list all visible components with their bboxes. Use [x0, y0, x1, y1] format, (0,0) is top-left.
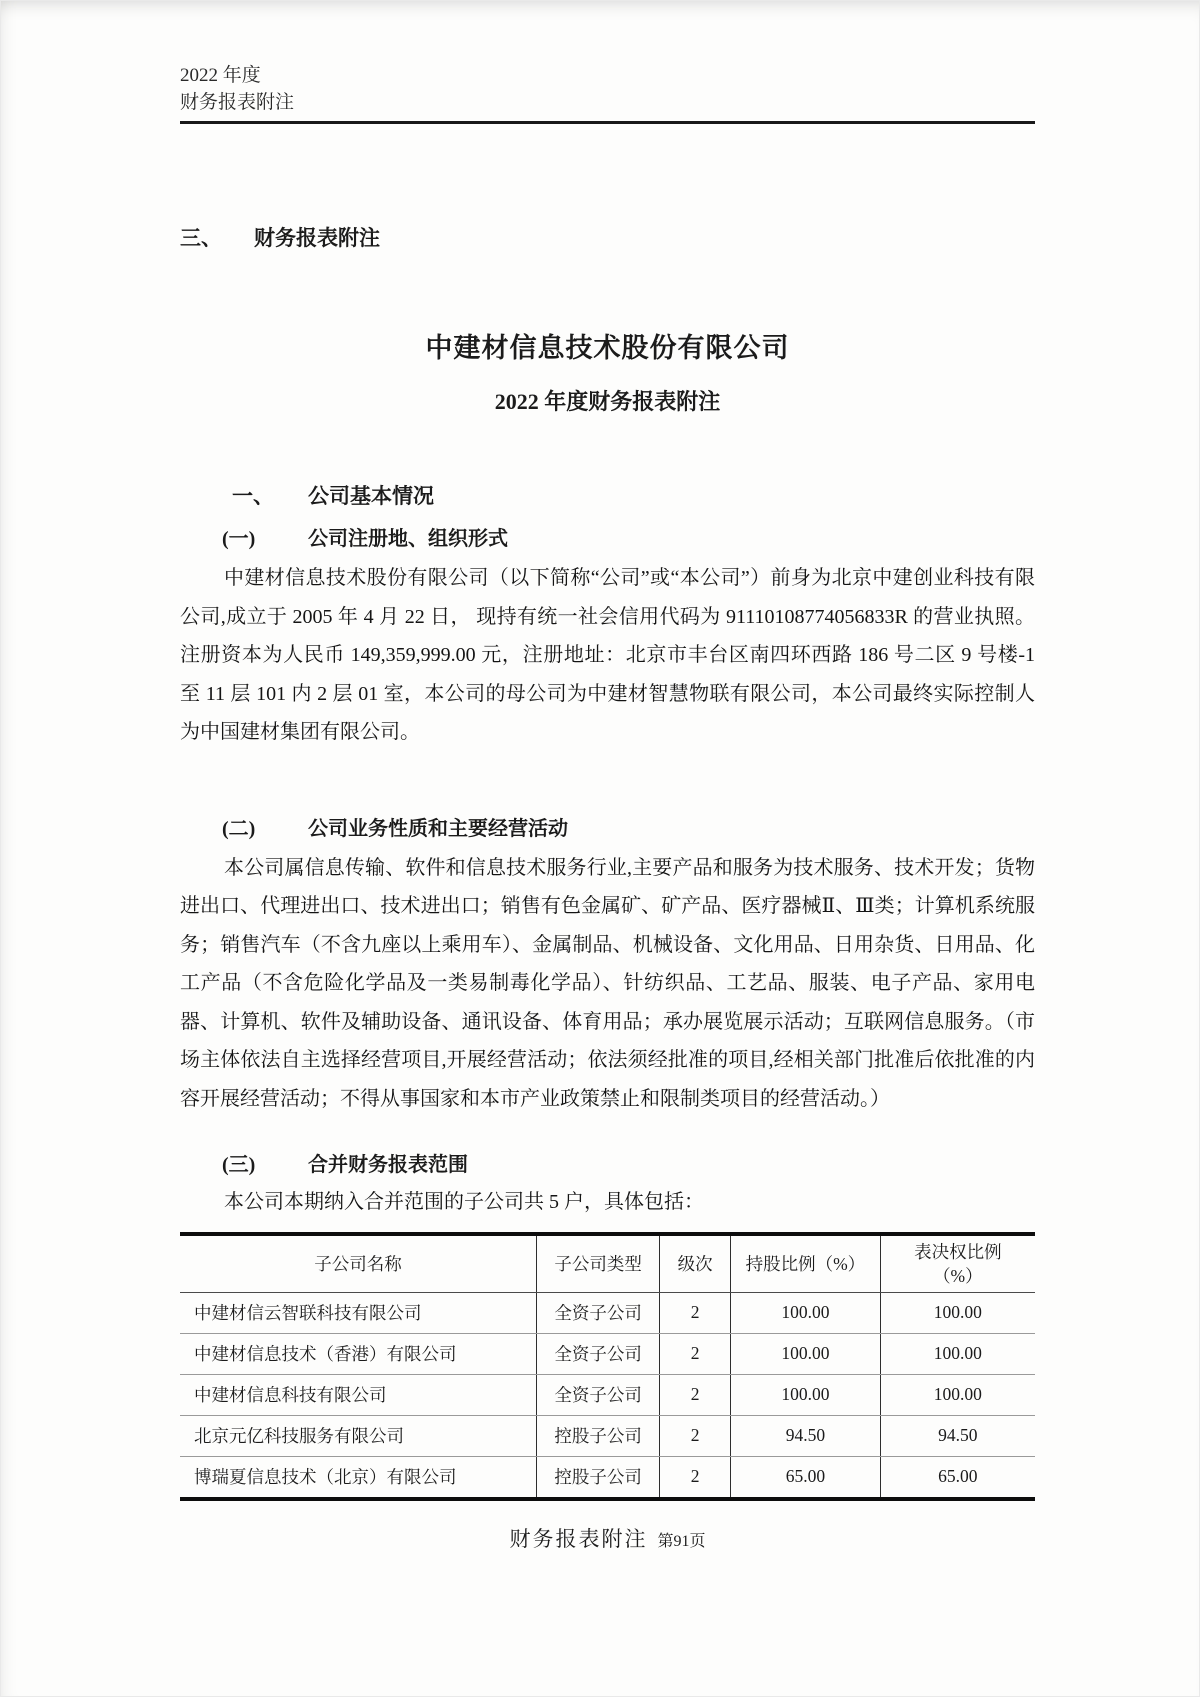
subsidiaries-table: 子公司名称子公司类型级次持股比例（%）表决权比例 （%） 中建材信云智联科技有限…: [180, 1232, 1035, 1501]
table-row: 北京元亿科技服务有限公司控股子公司294.5094.50: [180, 1415, 1035, 1456]
table-cell: 2: [660, 1415, 731, 1456]
document-page: 2022 年度 财务报表附注 三、 财务报表附注 中建材信息技术股份有限公司 2…: [0, 0, 1200, 1697]
table-cell: 65.00: [880, 1456, 1035, 1499]
table-cell: 中建材信息科技有限公司: [180, 1374, 537, 1415]
consolidation-intro: 本公司本期纳入合并范围的子公司共 5 户，具体包括：: [180, 1183, 1035, 1222]
table-cell: 中建材信云智联科技有限公司: [180, 1292, 537, 1333]
table-cell: 100.00: [731, 1292, 881, 1333]
table-cell: 100.00: [880, 1292, 1035, 1333]
section-number: 三、: [180, 222, 254, 252]
table-row: 中建材信息技术（香港）有限公司全资子公司2100.00100.00: [180, 1333, 1035, 1374]
heading-title: 合并财务报表范围: [308, 1148, 468, 1177]
footer-page-number: 第91页: [657, 1533, 705, 1550]
table-cell: 94.50: [880, 1415, 1035, 1456]
table-cell: 中建材信息技术（香港）有限公司: [180, 1333, 537, 1374]
heading-basic-info: 一、 公司基本情况: [180, 480, 1035, 510]
heading-title: 公司业务性质和主要经营活动: [308, 812, 568, 841]
table-row: 中建材信息科技有限公司全资子公司2100.00100.00: [180, 1374, 1035, 1415]
heading-number: (三): [222, 1148, 308, 1177]
report-subtitle: 2022 年度财务报表附注: [180, 385, 1035, 416]
heading-business: (二) 公司业务性质和主要经营活动: [180, 812, 1035, 841]
table-cell: 北京元亿科技服务有限公司: [180, 1415, 537, 1456]
section-title: 财务报表附注: [254, 222, 380, 252]
table-header-cell: 持股比例（%）: [731, 1234, 881, 1293]
heading-number: (二): [222, 812, 308, 841]
table-cell: 控股子公司: [537, 1415, 660, 1456]
heading-number: 一、: [232, 480, 308, 510]
footer-label: 财务报表附注: [509, 1527, 647, 1551]
table-cell: 全资子公司: [537, 1292, 660, 1333]
table-cell: 2: [660, 1333, 731, 1374]
table-cell: 全资子公司: [537, 1374, 660, 1415]
heading-consolidation: (三) 合并财务报表范围: [180, 1148, 1035, 1177]
table-cell: 100.00: [880, 1333, 1035, 1374]
table-cell: 100.00: [731, 1333, 881, 1374]
table-body: 中建材信云智联科技有限公司全资子公司2100.00100.00中建材信息技术（香…: [180, 1292, 1035, 1499]
table-cell: 博瑞夏信息技术（北京）有限公司: [180, 1456, 537, 1499]
heading-title: 公司基本情况: [308, 480, 434, 510]
heading-registration: (一) 公司注册地、组织形式: [180, 522, 1035, 551]
table-cell: 100.00: [880, 1374, 1035, 1415]
table-header-cell: 表决权比例 （%）: [880, 1234, 1035, 1293]
company-title: 中建材信息技术股份有限公司: [180, 326, 1035, 365]
table-header-cell: 子公司类型: [537, 1234, 660, 1293]
running-header: 2022 年度 财务报表附注: [180, 0, 1035, 116]
table-row: 中建材信云智联科技有限公司全资子公司2100.00100.00: [180, 1292, 1035, 1333]
table-cell: 94.50: [731, 1415, 881, 1456]
heading-title: 公司注册地、组织形式: [308, 522, 508, 551]
table-header-cell: 子公司名称: [180, 1234, 537, 1293]
table-row: 博瑞夏信息技术（北京）有限公司控股子公司265.0065.00: [180, 1456, 1035, 1499]
paragraph-business: 本公司属信息传输、软件和信息技术服务行业,主要产品和服务为技术服务、技术开发；货…: [180, 849, 1035, 1119]
header-doc-type: 财务报表附注: [180, 89, 1035, 116]
header-year: 2022 年度: [180, 62, 1035, 89]
table-cell: 全资子公司: [537, 1333, 660, 1374]
table-header-row: 子公司名称子公司类型级次持股比例（%）表决权比例 （%）: [180, 1234, 1035, 1293]
heading-number: (一): [222, 522, 308, 551]
table-cell: 2: [660, 1292, 731, 1333]
paragraph-registration: 中建材信息技术股份有限公司（以下简称“公司”或“本公司”）前身为北京中建创业科技…: [180, 559, 1035, 752]
page-footer: 财务报表附注第91页: [180, 1523, 1035, 1553]
table-cell: 65.00: [731, 1456, 881, 1499]
table-cell: 控股子公司: [537, 1456, 660, 1499]
table-cell: 2: [660, 1374, 731, 1415]
table-header-cell: 级次: [660, 1234, 731, 1293]
table-cell: 2: [660, 1456, 731, 1499]
section-heading-notes: 三、 财务报表附注: [180, 222, 1035, 252]
table-cell: 100.00: [731, 1374, 881, 1415]
header-divider: [180, 121, 1035, 124]
